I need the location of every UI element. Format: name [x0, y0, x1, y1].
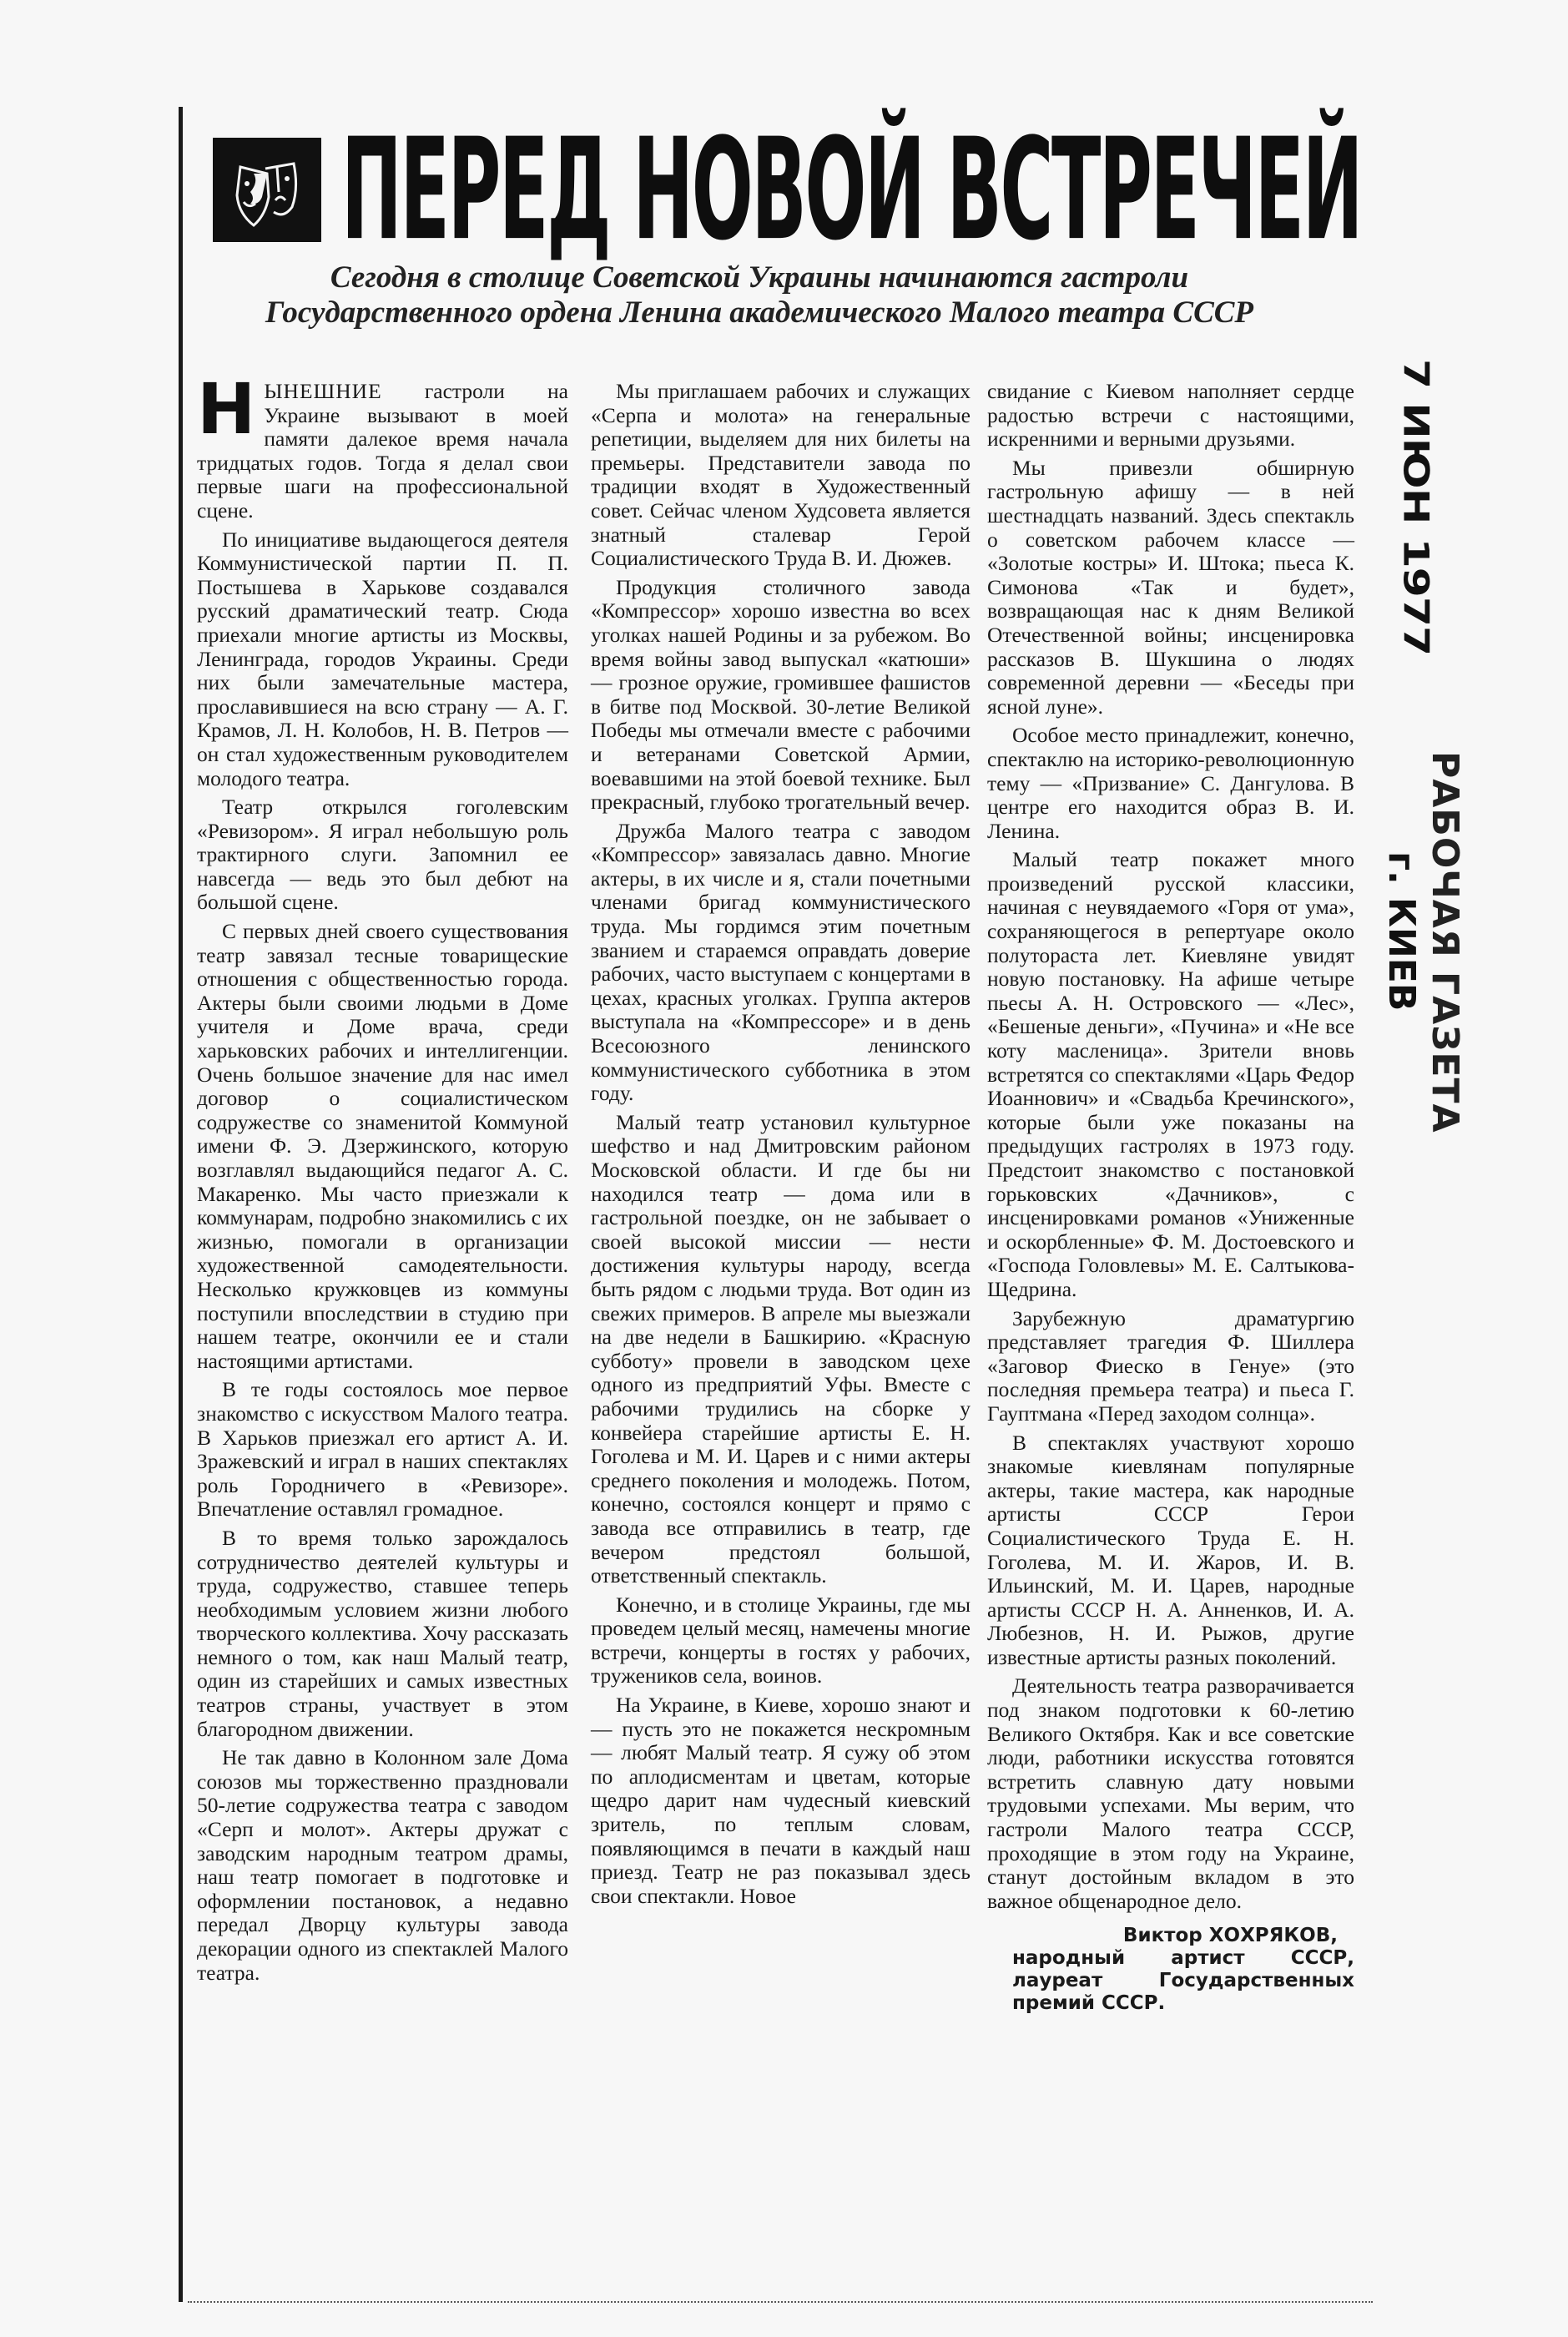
paragraph: Конечно, и в столице Украины, где мы про… [591, 1593, 971, 1688]
author-signature: Виктор ХОХРЯКОВ, народный артист СССР, л… [987, 1925, 1354, 2015]
subtitle: Сегодня в столице Советской Украины начи… [217, 260, 1302, 331]
paragraph: Театр открылся гоголевским «Ревизором». … [197, 795, 568, 915]
paragraph: В те годы состоялось мое первое знакомст… [197, 1378, 568, 1522]
left-border-rule [179, 107, 183, 2302]
paragraph: Малый театр установил культурное шефство… [591, 1111, 971, 1588]
theatre-masks-icon [213, 138, 321, 242]
paragraph: Зарубежную драматургию представляет траг… [987, 1307, 1354, 1426]
stamp-city: г. КИЕВ [1380, 851, 1423, 1011]
paragraph: Мы приглашаем рабочих и служащих «Серпа … [591, 380, 971, 571]
author-title: народный артист СССР, лауреат Государств… [1012, 1947, 1354, 2014]
article-column-1: НЫНЕШНИЕ гастроли на Украине вызывают в … [197, 380, 568, 1985]
paragraph: Дружба Малого театра с заводом «Компресс… [591, 820, 971, 1106]
paragraph: Деятельность театра разворачивается под … [987, 1674, 1354, 1913]
author-name: Виктор ХОХРЯКОВ, [1012, 1925, 1354, 1947]
paragraph: С первых дней своего существования театр… [197, 920, 568, 1373]
lead-paragraph: НЫНЕШНИЕ гастроли на Украине вызывают в … [197, 380, 568, 523]
stamp-newspaper: РАБОЧАЯ ГАЗЕТА [1424, 751, 1466, 1133]
archive-stamp: 7 ИЮН 1977 РАБОЧАЯ ГАЗЕТА г. КИЕВ [1375, 359, 1459, 1110]
paragraph: По инициативе выдающегося деятеля Коммун… [197, 528, 568, 791]
paragraph-continued: свидание с Киевом наполняет сердце радос… [987, 380, 1354, 452]
paragraph: В то время только зарождалось сотрудниче… [197, 1527, 568, 1741]
headline-title: ПЕРЕД НОВОЙ ВСТРЕЧЕЙ [341, 120, 1361, 260]
paragraph: На Украине, в Киеве, хорошо знают и — пу… [591, 1693, 971, 1908]
stamp-date: 7 ИЮН 1977 [1395, 359, 1435, 655]
dropcap-letter: Н [197, 381, 255, 437]
article-column-2: Мы приглашаем рабочих и служащих «Серпа … [591, 380, 971, 1908]
paragraph: В спектаклях участвуют хорошо знакомые к… [987, 1431, 1354, 1670]
paragraph: Продукция столичного завода «Компрессор»… [591, 576, 971, 815]
paragraph: Мы привезли обширную гастрольную афишу —… [987, 457, 1354, 719]
paragraph: Не так давно в Колонном зале Дома союзов… [197, 1746, 568, 1985]
paragraph: Особое место принадлежит, конечно, спект… [987, 724, 1354, 843]
paragraph: Малый театр покажет много произведений р… [987, 848, 1354, 1301]
bottom-border-rule [188, 2301, 1373, 2303]
headline-block: ПЕРЕД НОВОЙ ВСТРЕЧЕЙ [213, 117, 1568, 263]
article-column-3: свидание с Киевом наполняет сердце радос… [987, 380, 1354, 2015]
lead-caps-word: ЫНЕШНИЕ [264, 379, 381, 403]
